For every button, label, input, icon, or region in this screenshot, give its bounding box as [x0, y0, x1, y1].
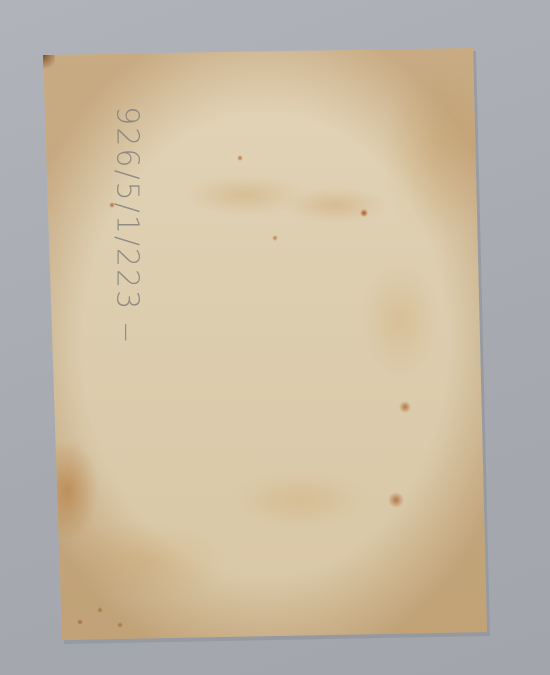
corner-stain: [43, 55, 55, 69]
aged-paper-card: [0, 0, 550, 675]
handwritten-pencil-note: 926/5/1/223 ‒: [110, 106, 145, 344]
